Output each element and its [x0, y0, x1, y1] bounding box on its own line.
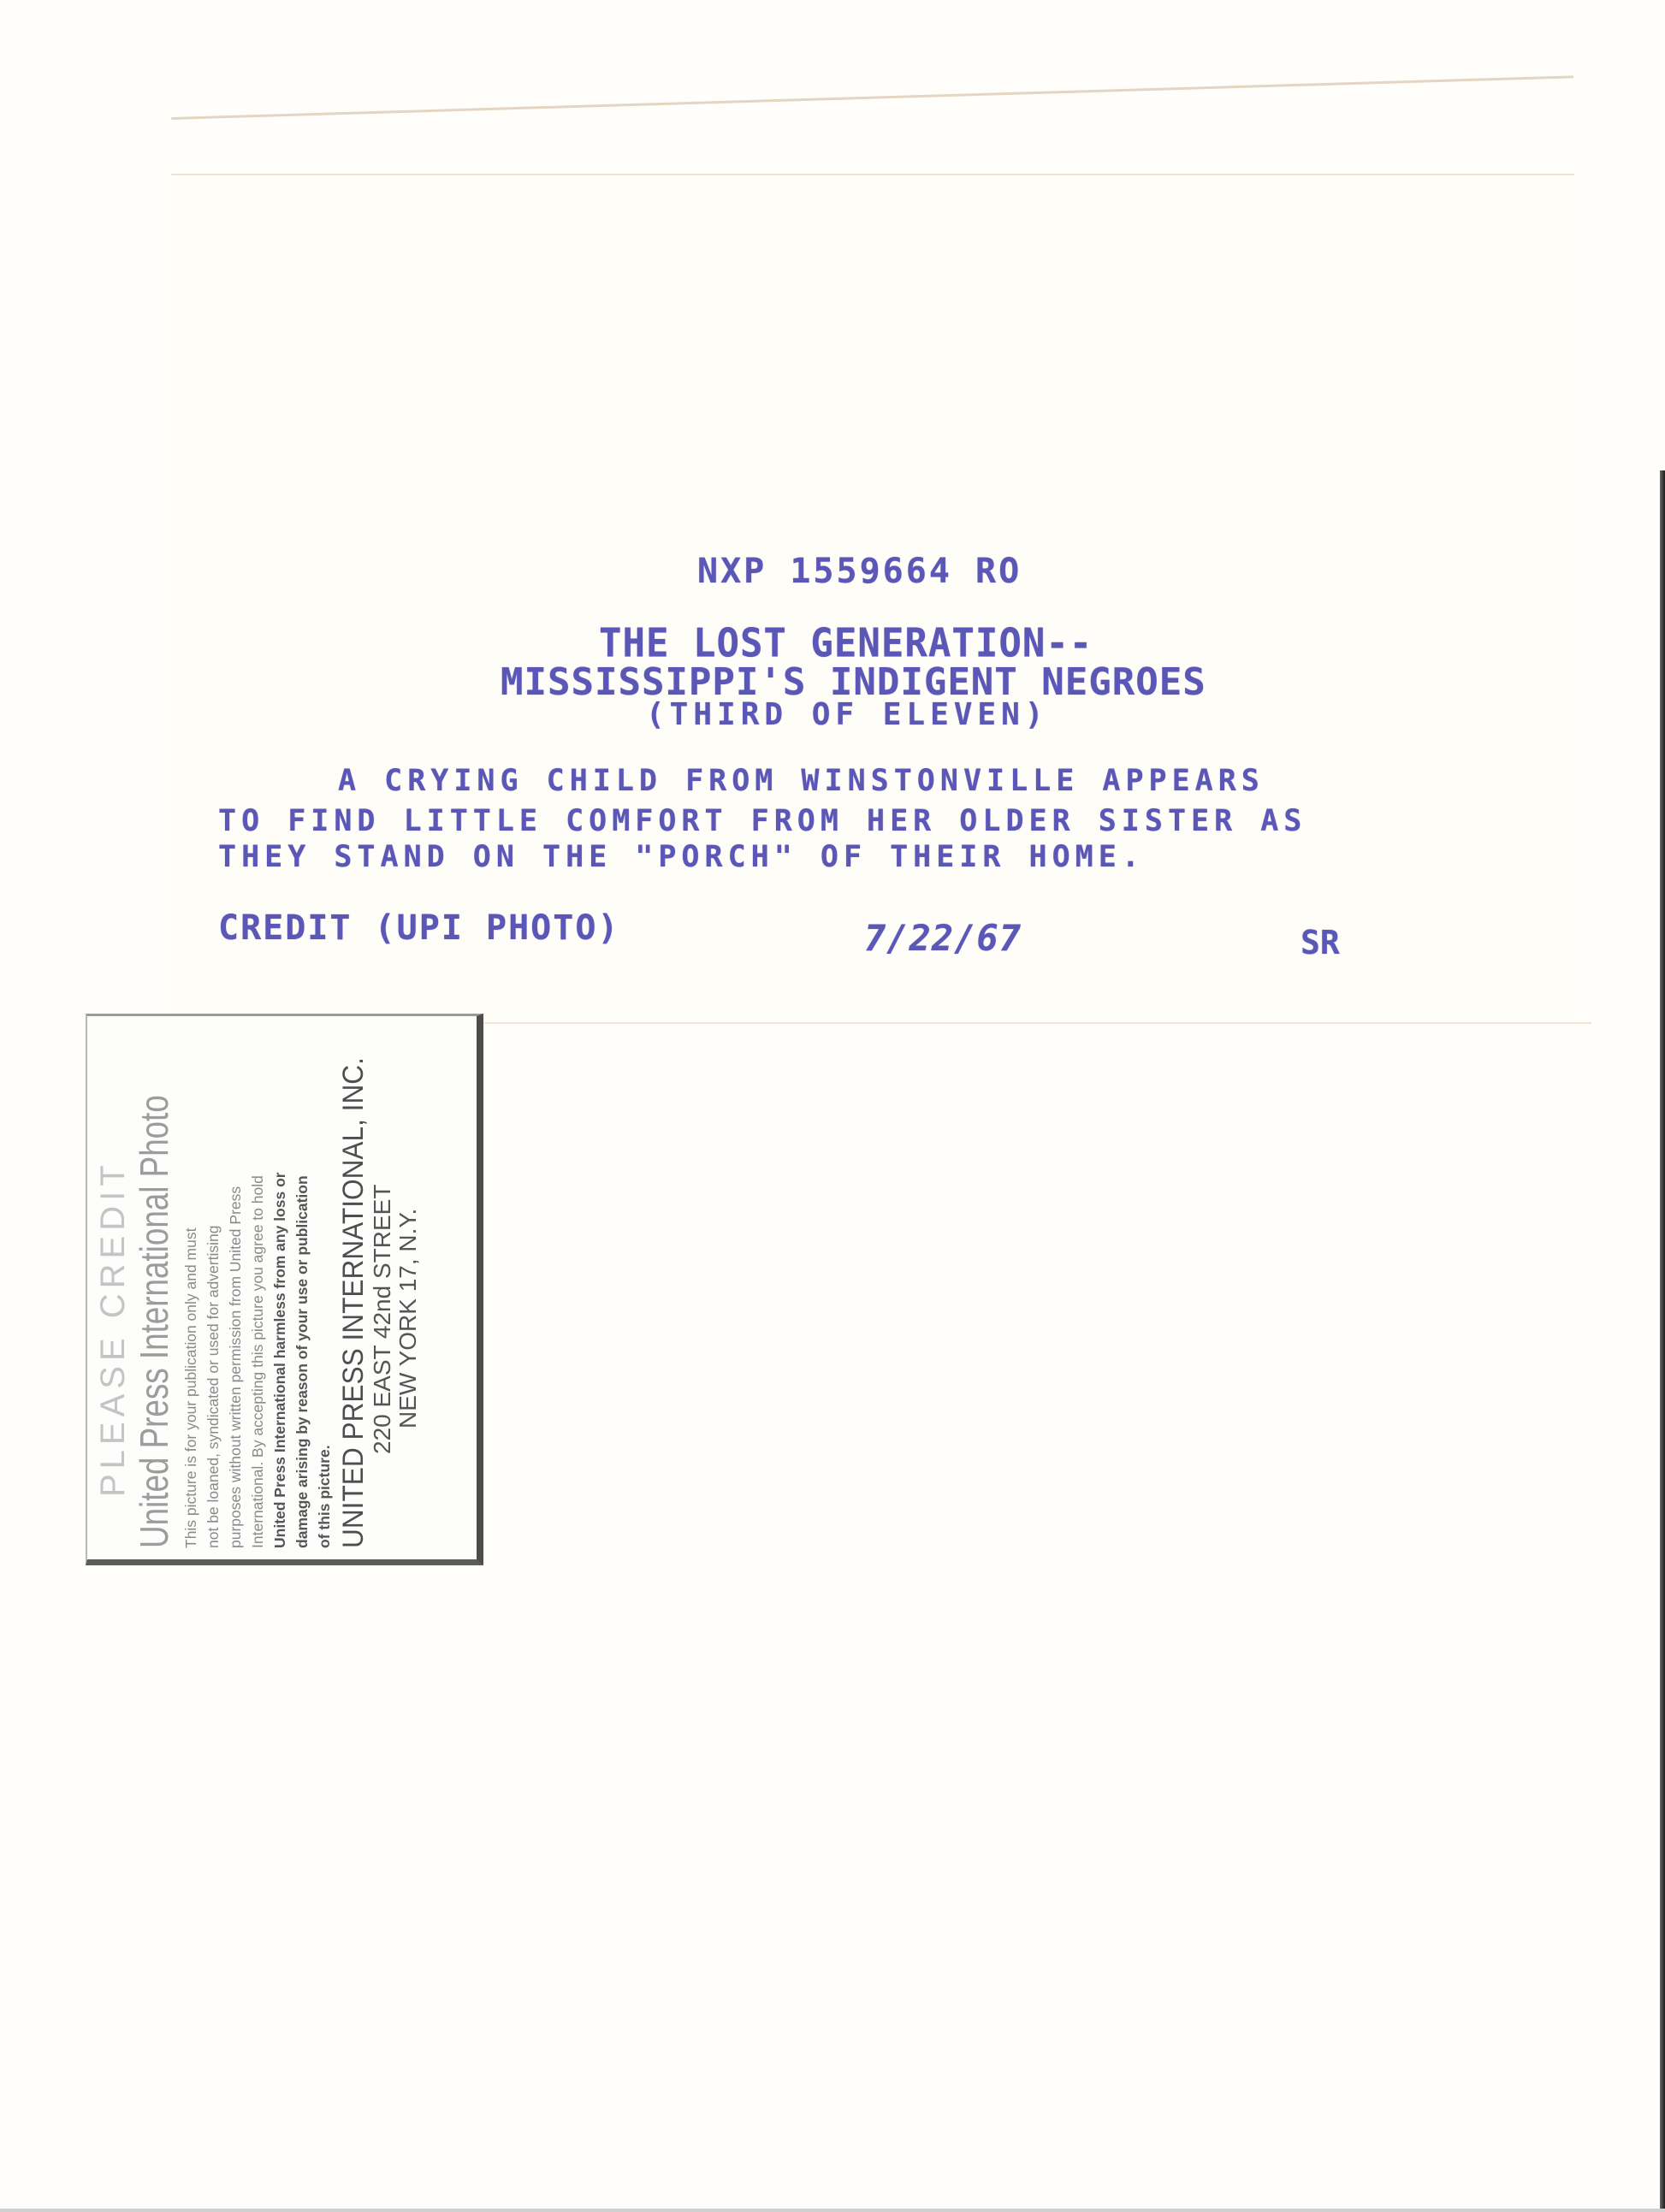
upi-credit-stamp: PLEASE CREDIT United Press International…	[86, 1014, 483, 1565]
caption-credit: CREDIT (UPI PHOTO)	[218, 908, 619, 948]
photo-bottom-edge	[0, 2209, 1665, 2212]
stamp-terms: This picture is for your publication onl…	[180, 1032, 335, 1548]
stamp-agency-line: United Press International Photo	[132, 1135, 176, 1548]
photo-right-edge	[1660, 470, 1665, 2212]
stamp-terms-bold-line: United Press International harmless from…	[269, 1032, 291, 1548]
stamp-company-name: UNITED PRESS INTERNATIONAL, INC.	[337, 1068, 370, 1548]
caption-initials: SR	[1301, 924, 1340, 961]
stamp-terms-line: purposes without written permission from…	[224, 1032, 246, 1548]
stamp-terms-bold-line: of this picture.	[313, 1032, 335, 1548]
caption-slip-bottom-edge	[479, 1022, 1591, 1024]
caption-slip	[171, 175, 1574, 1022]
paper-edge-top	[171, 75, 1573, 120]
photo-serial-number: NXP 1559664 RO	[697, 552, 1022, 591]
stamp-address-street: 220 EAST 42nd STREET	[370, 1032, 395, 1548]
caption-headline-line-3: (THIRD OF ELEVEN)	[646, 697, 1048, 732]
stamp-terms-line: International. By accepting this picture…	[246, 1032, 269, 1548]
stamp-please-credit: PLEASE CREDIT	[94, 1032, 132, 1548]
stamp-address-city: NEW YORK 17, N.Y.	[395, 1032, 421, 1548]
stamp-terms-line: This picture is for your publication onl…	[180, 1032, 202, 1548]
stamp-terms-line: not be loaned, syndicated or used for ad…	[202, 1032, 224, 1548]
caption-body-line-3: THEY STAND ON THE "PORCH" OF THEIR HOME.	[218, 840, 1145, 874]
caption-body-line-1: A CRYING CHILD FROM WINSTONVILLE APPEARS	[338, 764, 1265, 798]
caption-body-line-2: TO FIND LITTLE COMFORT FROM HER OLDER SI…	[218, 804, 1307, 838]
upi-stamp-content: PLEASE CREDIT United Press International…	[89, 1016, 478, 1564]
caption-date: 7/22/67	[864, 917, 1022, 959]
stamp-terms-bold-line: damage arising by reason of your use or …	[291, 1032, 313, 1548]
